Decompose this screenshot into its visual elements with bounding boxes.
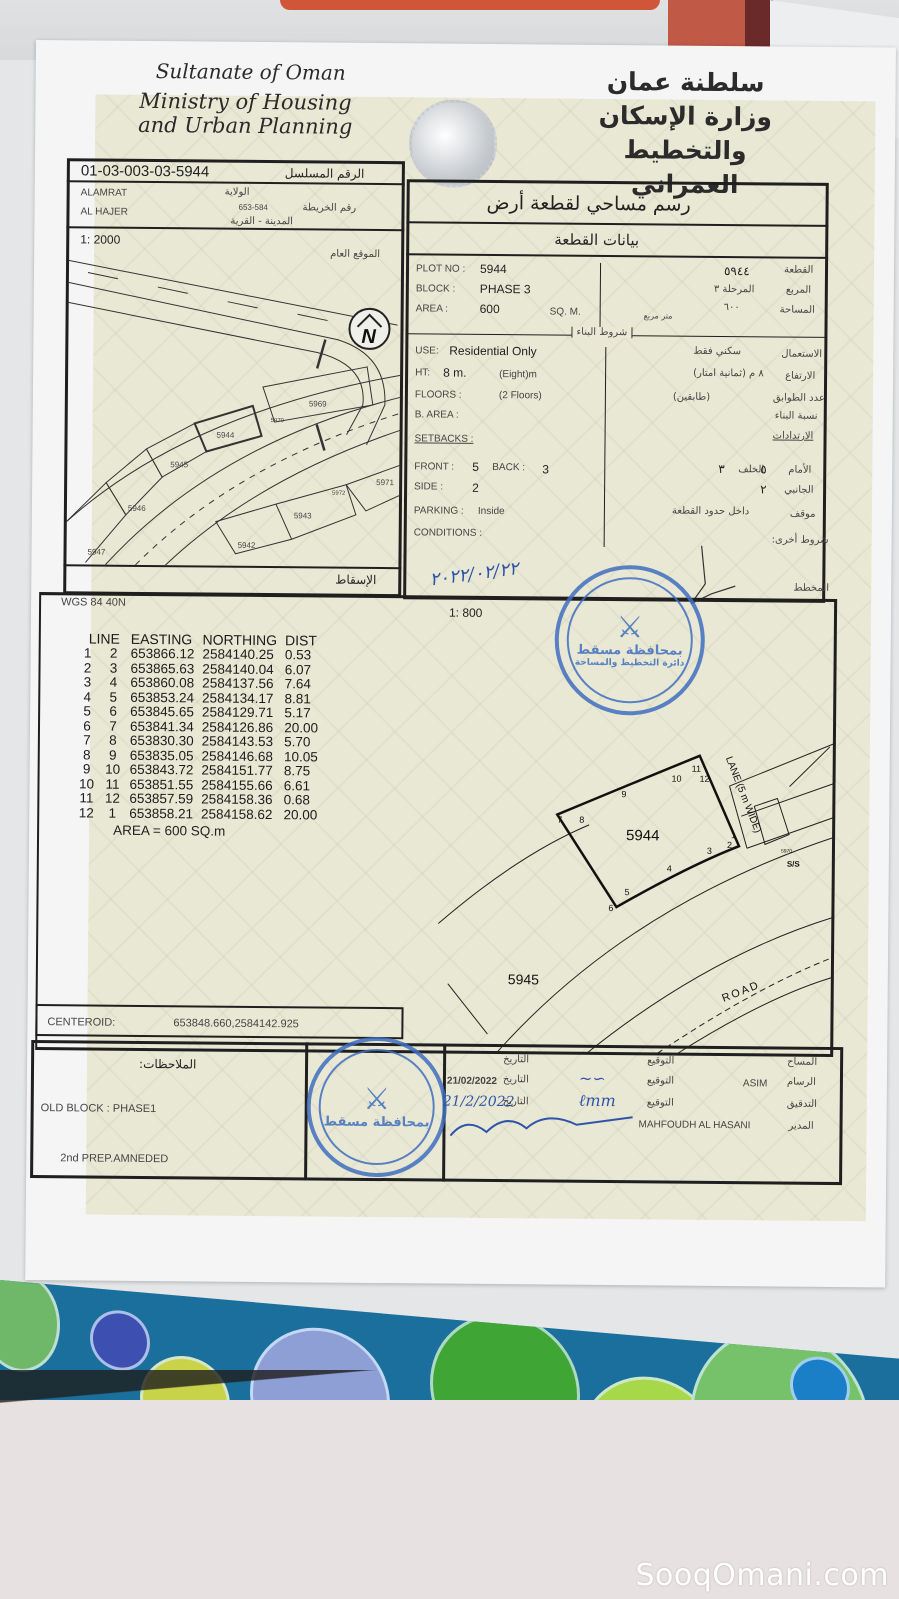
building-conditions-title-ar: شروط البناء: [571, 327, 632, 339]
plan-scale: 1: 800: [449, 606, 482, 620]
cell-from: 6: [78, 719, 104, 734]
signature-label-3: التوقيع: [647, 1097, 674, 1108]
coordinates-table: LINE EASTING NORTHING DIST 12653866.1225…: [77, 630, 327, 822]
side-label-ar: الجانبي: [784, 485, 814, 496]
planner-label-ar: المخطط: [793, 583, 829, 594]
cell-dist: 5.70: [284, 735, 326, 750]
manager-label-ar: المدير: [789, 1121, 814, 1132]
height-label: HT:: [415, 367, 430, 378]
official-stamp-bottom: ⚔ بمحافظة مسقط: [306, 1036, 447, 1177]
cell-to: 1: [103, 806, 129, 821]
svg-text:7: 7: [557, 815, 562, 825]
form-title-ar: رسم مساحي لقطعة أرض: [486, 192, 690, 216]
plot-no-label: PLOT NO :: [416, 263, 465, 274]
date-label-1: التاريخ: [503, 1054, 529, 1065]
cell-northing: 2584137.56: [202, 676, 285, 691]
back-label: BACK :: [492, 462, 525, 473]
svg-text:5971: 5971: [376, 478, 394, 487]
svg-text:4: 4: [667, 864, 672, 874]
height-value-ar: ٨ م (ثمانية امتار): [693, 368, 764, 380]
use-value: Residential Only: [449, 344, 536, 359]
svg-text:5945: 5945: [170, 460, 188, 469]
height-words: (Eight)m: [499, 369, 537, 380]
stamp-text: بمحافظة مسقط: [577, 642, 683, 658]
svg-text:ROAD: ROAD: [720, 979, 761, 1005]
signature-label-1: التوقيع: [647, 1055, 674, 1066]
use-label-ar: الاستعمال: [781, 349, 822, 360]
svg-text:11: 11: [692, 764, 701, 774]
notes-label-ar: الملاحظات:: [139, 1057, 196, 1072]
area-total: AREA = 600 SQ.m: [113, 823, 225, 839]
cell-from: 12: [77, 806, 103, 821]
block-label: BLOCK :: [416, 283, 456, 294]
svg-text:8: 8: [579, 815, 584, 825]
cell-to: 3: [104, 661, 130, 676]
building-area-label: B. AREA :: [415, 409, 459, 420]
drafter-name: ASIM: [743, 1078, 768, 1089]
cell-easting: 653843.72: [130, 763, 202, 778]
cell-from: 4: [78, 690, 104, 705]
cell-northing: 2584129.71: [202, 705, 285, 720]
svg-text:S/S: S/S: [787, 860, 801, 869]
svg-text:5970: 5970: [271, 418, 285, 424]
cell-to: 2: [105, 647, 131, 662]
block-value-ar: المرحلة ٣: [714, 284, 755, 295]
north-arrow-icon: N: [349, 309, 389, 349]
cell-from: 8: [78, 748, 104, 763]
side-value: 2: [472, 481, 479, 495]
svg-text:5943: 5943: [294, 511, 312, 520]
wilayat-label-ar: الولاية: [225, 187, 250, 198]
header-en-line2: Ministry of Housing: [115, 89, 375, 115]
floors-value: (2 Floors): [499, 390, 542, 401]
floors-label: FLOORS :: [415, 389, 462, 400]
svg-text:10: 10: [672, 774, 682, 784]
block-label-ar: المربع: [786, 285, 811, 296]
svg-text:12: 12: [700, 774, 710, 784]
location-scale: 1: 2000: [80, 232, 120, 246]
svg-text:5946: 5946: [128, 504, 146, 513]
checker-label-ar: التدقيق: [787, 1099, 817, 1110]
header-english: Sultanate of Oman Ministry of Housing an…: [115, 59, 376, 139]
cell-to: 8: [104, 734, 130, 749]
height-value: 8 m.: [443, 366, 466, 380]
svg-text:6: 6: [608, 903, 613, 913]
wilayat-value: ALAMRAT: [81, 187, 128, 198]
svg-text:5: 5: [625, 887, 630, 897]
cell-northing: 2584158.62: [201, 807, 284, 822]
front-value-ar: ٥: [760, 462, 767, 476]
cell-dist: 0.68: [284, 793, 326, 808]
side-label: SIDE :: [414, 481, 443, 492]
plot-no-label-ar: القطعة: [784, 265, 813, 276]
cell-dist: 8.75: [284, 764, 326, 779]
svg-text:1: 1: [731, 830, 736, 840]
setbacks-label: SETBACKS :: [414, 433, 473, 445]
col-header-dist: DIST: [285, 632, 327, 648]
area-unit-ar: متر مربع: [644, 311, 673, 320]
front-value: 5: [472, 460, 479, 474]
cell-northing: 2584151.77: [201, 763, 284, 778]
background-object: [280, 0, 660, 10]
cell-from: 2: [78, 661, 104, 676]
svg-text:5970: 5970: [781, 849, 792, 855]
cell-easting: 653857.59: [129, 792, 201, 807]
drafter-date: 21/02/2022: [447, 1076, 497, 1087]
cell-to: 12: [103, 792, 129, 807]
cell-easting: 653858.21: [129, 806, 201, 821]
svg-text:5945: 5945: [508, 971, 539, 987]
village-label-ar: المدينة - القرية: [230, 216, 293, 228]
svg-text:9: 9: [621, 789, 626, 799]
conditions-label: CONDITIONS :: [414, 527, 482, 539]
khanjar-emblem-icon: ⚔: [363, 1084, 390, 1114]
cell-to: 6: [104, 705, 130, 720]
back-value-ar: ٣: [718, 462, 725, 476]
cell-to: 11: [103, 777, 129, 792]
stamp-ring-text: دائرة التخطيط والمساحة: [575, 657, 685, 668]
cell-to: 7: [104, 719, 130, 734]
drafter-label-ar: الرسام: [787, 1077, 816, 1088]
map-sheet-label-ar: رقم الخريطة: [302, 202, 356, 213]
cell-from: 3: [78, 675, 104, 690]
cell-northing: 2584140.25: [202, 647, 285, 662]
drafter-signature: ~∽: [579, 1069, 606, 1088]
area-unit: SQ. M.: [550, 306, 581, 317]
manager-signature: [446, 1106, 636, 1144]
cell-dist: 5.17: [284, 706, 326, 721]
side-value-ar: ٢: [760, 482, 767, 496]
cell-from: 11: [77, 791, 103, 806]
cell-northing: 2584143.53: [202, 734, 285, 749]
surveyor-label-ar: المساح: [787, 1057, 817, 1068]
svg-text:5942: 5942: [238, 541, 256, 550]
conditions-label-ar: شروط أخرى:: [772, 534, 829, 545]
cell-easting: 653830.30: [130, 734, 202, 749]
cell-dist: 7.64: [285, 677, 327, 692]
use-value-ar: سكني فقط: [693, 346, 741, 357]
parking-value: Inside: [478, 506, 505, 517]
table-row: 121653858.212584158.6220.00: [77, 806, 325, 823]
map-sheet-number: 653-584: [239, 203, 268, 212]
cell-dist: 20.00: [283, 808, 325, 823]
svg-text:5972: 5972: [332, 491, 346, 497]
survey-document: Sultanate of Oman Ministry of Housing an…: [25, 40, 896, 1287]
plot-no-value: 5944: [480, 262, 507, 276]
area-label: AREA :: [416, 303, 448, 314]
notes-line1: OLD BLOCK : PHASE1: [41, 1102, 157, 1115]
cell-to: 10: [104, 763, 130, 778]
svg-text:3: 3: [707, 846, 712, 856]
centeroid-value: 653848.660,2584142.925: [173, 1017, 299, 1030]
location-map: 5969 5944 5970 5945 5946 5947 5942 5943 …: [65, 252, 402, 567]
cell-to: 9: [104, 748, 130, 763]
svg-text:5944: 5944: [626, 827, 660, 844]
svg-text:N: N: [361, 326, 376, 348]
stamp-text: بمحافظة مسقط: [324, 1114, 430, 1130]
svg-text:5944: 5944: [217, 431, 235, 440]
hologram-seal-icon: [409, 99, 498, 188]
setbacks-label-ar: الارتدادات: [773, 430, 814, 441]
cell-easting: 653860.08: [130, 676, 202, 691]
plot-data-title-ar: بيانات القطعة: [554, 231, 639, 250]
khanjar-emblem-icon: ⚔: [616, 613, 643, 643]
manager-name: MAHFOUDH AL HASANI: [639, 1119, 751, 1131]
col-header-line: LINE: [79, 630, 131, 646]
back-value: 3: [542, 462, 549, 476]
watermark: SooqOmani.com: [636, 1558, 889, 1593]
floors-label-ar: عدد الطوابق: [773, 392, 825, 403]
cell-easting: 653845.65: [130, 705, 202, 720]
date-label-2: التاريخ: [503, 1074, 529, 1085]
front-label-ar: الأمام: [788, 465, 811, 476]
site-plan: 5944 5945 S/S 5970 LANE (5 m WIDE) ROAD …: [427, 683, 836, 1055]
cell-easting: 653866.12: [131, 647, 203, 662]
official-stamp-top: ⚔ بمحافظة مسقط دائرة التخطيط والمساحة: [554, 565, 705, 716]
cell-to: 5: [104, 690, 130, 705]
header-ar-line2: وزارة الإسكان: [575, 99, 795, 135]
signature-label-2: التوقيع: [647, 1075, 674, 1086]
notes-line2: 2nd PREP.AMNEDED: [60, 1152, 168, 1165]
parking-label-ar: موقف: [790, 509, 816, 520]
cell-from: 10: [77, 777, 103, 792]
datum-label: WGS 84 40N: [61, 596, 126, 609]
plot-no-value-ar: ٥٩٤٤: [724, 264, 750, 278]
cell-northing: 2584158.36: [201, 792, 284, 807]
area-value: 600: [480, 302, 500, 316]
serial-number: 01-03-003-03-5944: [81, 162, 210, 180]
area-value-ar: ٦٠٠: [724, 302, 740, 313]
projection-label-ar: الإسقاط: [335, 573, 376, 587]
use-label: USE:: [415, 345, 438, 356]
floors-value-ar: (طابقين): [673, 392, 710, 403]
svg-text:5969: 5969: [309, 399, 327, 408]
header-en-line1: Sultanate of Oman: [126, 59, 376, 85]
cell-from: 5: [78, 704, 104, 719]
cell-from: 7: [78, 733, 104, 748]
svg-text:5947: 5947: [87, 547, 105, 556]
front-label: FRONT :: [414, 461, 454, 472]
building-area-label-ar: نسبة البناء: [775, 410, 818, 421]
header-ar-line1: سلطنة عمان: [576, 65, 796, 101]
block-value: PHASE 3: [480, 282, 531, 296]
centeroid-label: CENTEROID:: [47, 1016, 115, 1029]
village-value: AL HAJER: [80, 206, 128, 217]
parking-label: PARKING :: [414, 505, 464, 516]
parking-value-ar: داخل حدود القطعة: [672, 506, 749, 518]
cell-dist: 0.53: [285, 648, 327, 663]
cell-from: 1: [79, 646, 105, 661]
serial-label-ar: الرقم المسلسل: [285, 166, 365, 181]
cell-from: 9: [78, 762, 104, 777]
area-label-ar: المساحة: [780, 305, 815, 316]
height-label-ar: الارتفاع: [785, 371, 815, 382]
svg-text:2: 2: [727, 840, 732, 850]
cell-to: 4: [104, 676, 130, 691]
header-en-line3: and Urban Planning: [115, 113, 375, 139]
